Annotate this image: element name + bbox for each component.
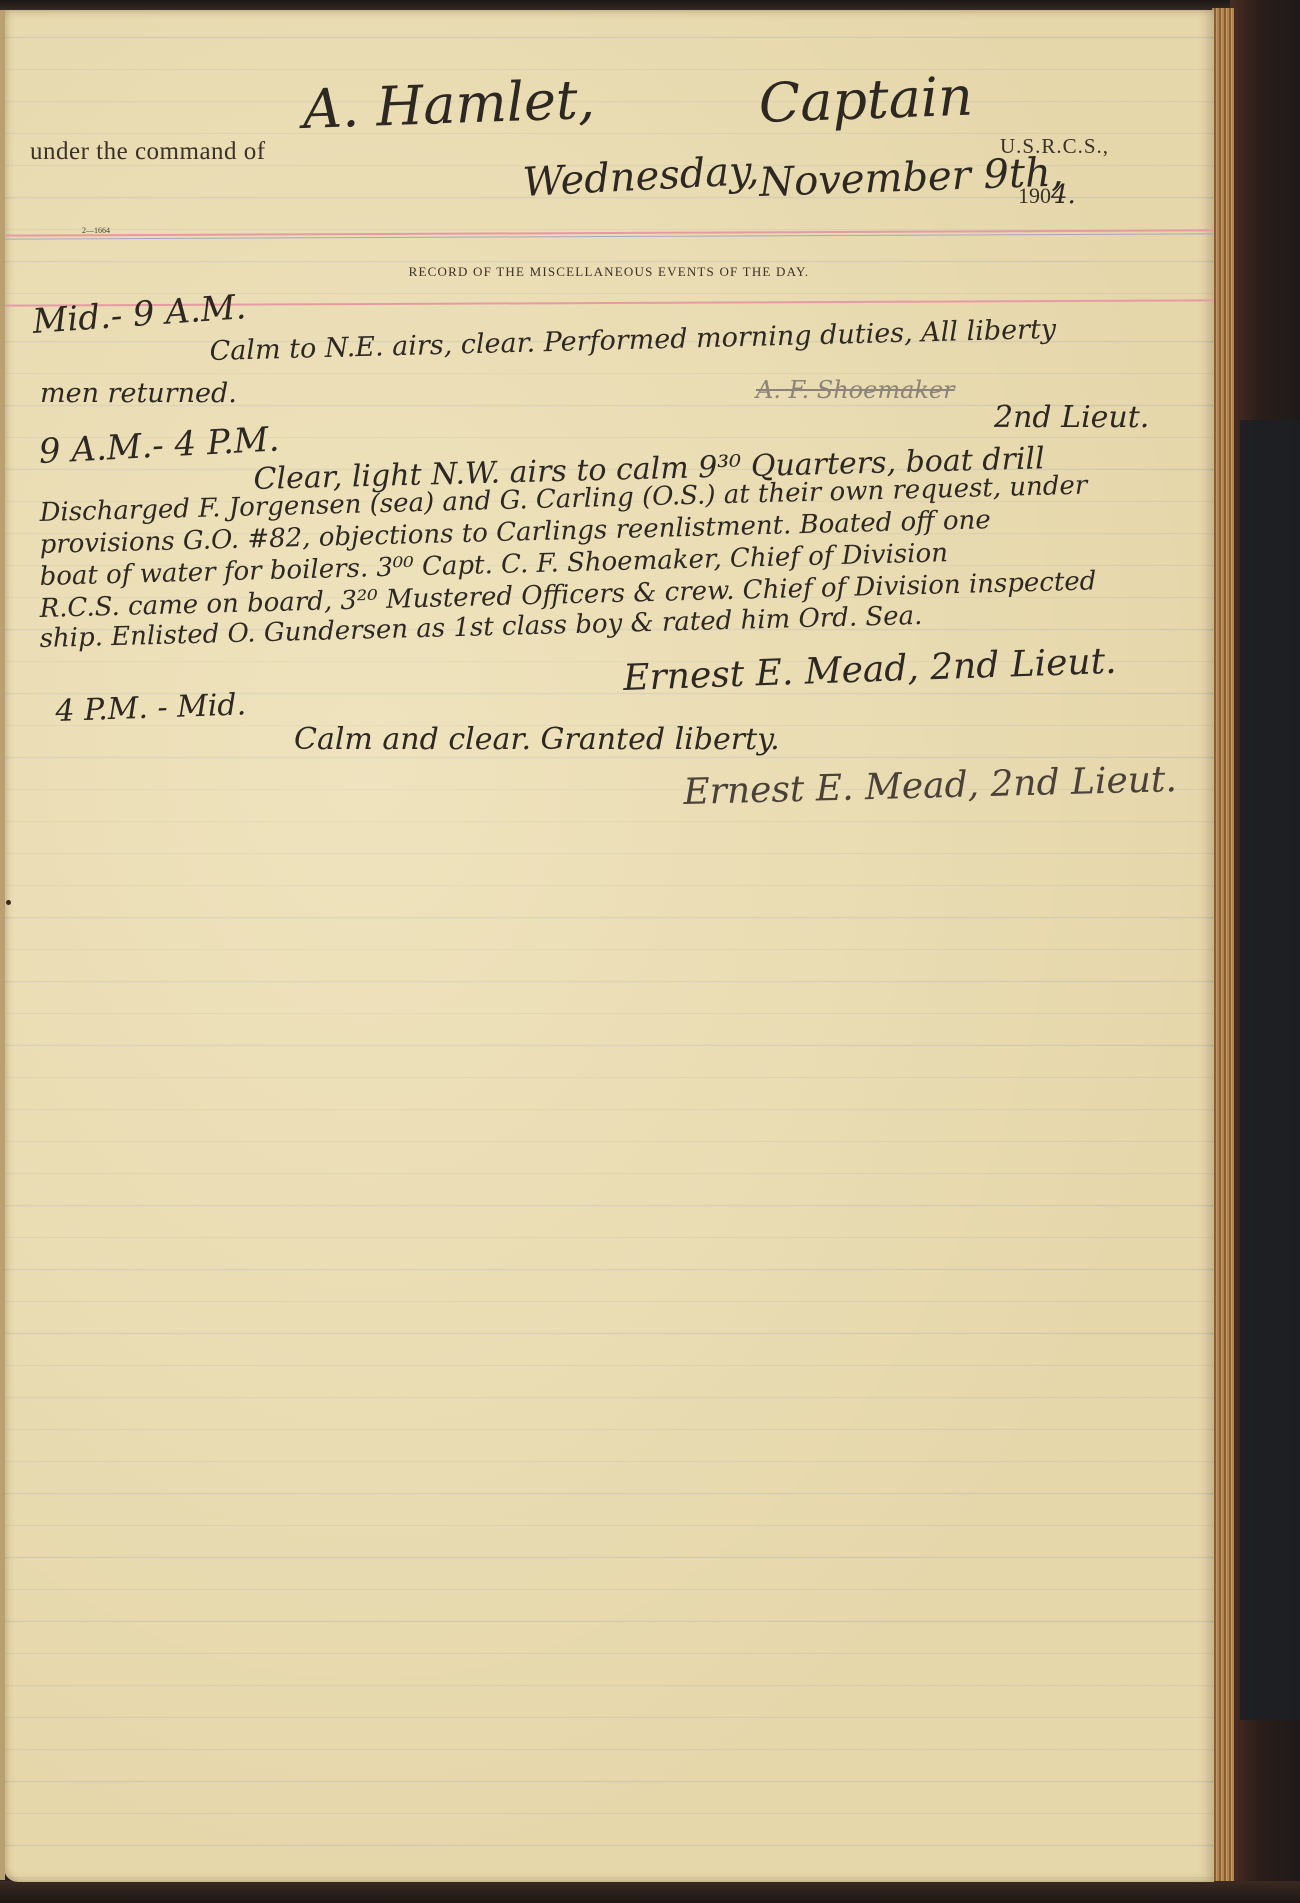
ink-blot bbox=[6, 900, 11, 905]
year-handwritten: 4. bbox=[1051, 180, 1076, 210]
watch-label: Mid.- 9 A.M. bbox=[31, 287, 247, 342]
weekday: Wednesday, bbox=[522, 148, 761, 206]
watch-label: 9 A.M.- 4 P.M. bbox=[38, 419, 280, 472]
watch-label: 4 P.M. - Mid. bbox=[55, 687, 247, 729]
entry-line: Calm and clear. Granted liberty. bbox=[294, 722, 780, 757]
signature: Ernest E. Mead, 2nd Lieut. bbox=[623, 641, 1118, 699]
log-page: under the command of A. Hamlet, Captain … bbox=[4, 10, 1214, 1882]
signature: Ernest E. Mead, 2nd Lieut. bbox=[683, 759, 1177, 813]
book-binding-right bbox=[1230, 0, 1300, 1903]
commander-name: A. Hamlet, bbox=[302, 68, 596, 141]
page-left-edge bbox=[0, 10, 5, 1880]
entry-line: men returned. bbox=[40, 378, 237, 409]
year-printed: 190 bbox=[1018, 183, 1051, 208]
book-binding-bottom bbox=[0, 1881, 1300, 1903]
struck-signature: A. F. Shoemaker bbox=[756, 376, 955, 404]
section-title: RECORD OF THE MISCELLANEOUS EVENTS OF TH… bbox=[4, 264, 1214, 280]
year: 1904. bbox=[1018, 180, 1076, 210]
commander-rank: Captain bbox=[758, 65, 974, 135]
entry-line: Calm to N.E. airs, clear. Performed morn… bbox=[209, 314, 1056, 367]
binding-cloth bbox=[1240, 420, 1300, 1720]
page-edges bbox=[1212, 8, 1234, 1888]
under-command-label: under the command of bbox=[30, 138, 266, 166]
signature: 2nd Lieut. bbox=[994, 400, 1149, 435]
